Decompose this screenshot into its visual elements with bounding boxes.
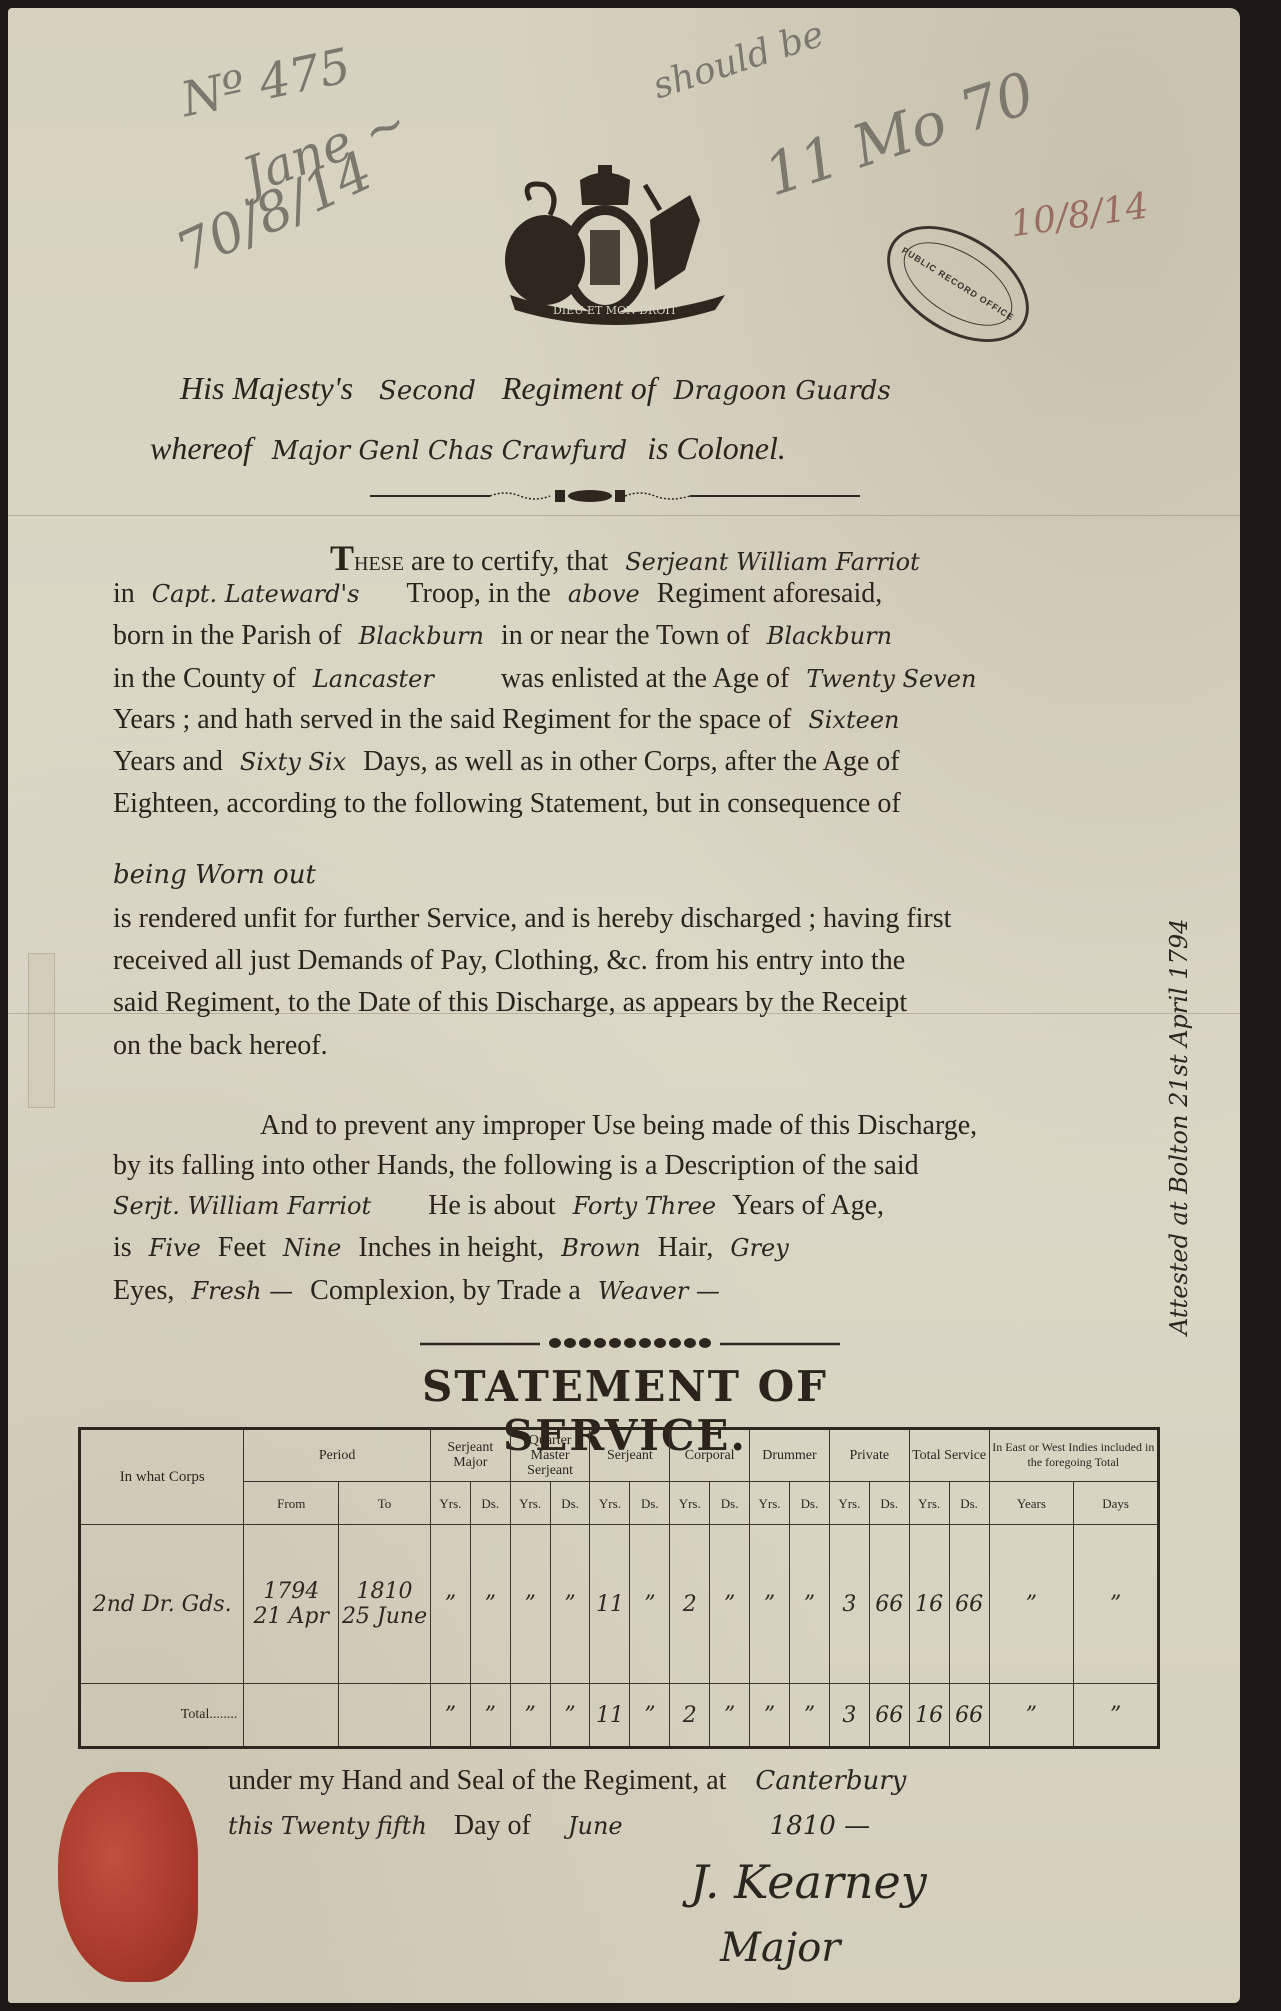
height-feet: Five [149, 1234, 201, 1262]
wax-seal [58, 1772, 198, 1982]
statement-of-service-table: In what Corps Period Serjeant Major Quar… [78, 1427, 1160, 1749]
enlist-age: Twenty Seven [806, 665, 976, 693]
subheader-years: Years [989, 1481, 1074, 1524]
description-line-3: Serjt. William Farriot He is about Forty… [113, 1190, 884, 1222]
signing-month: June [568, 1812, 623, 1840]
cell-dr-yrs: ” [750, 1525, 790, 1684]
cell-sm-yrs: ” [430, 1525, 470, 1684]
officer-signature: J. Kearney [690, 1855, 927, 1909]
subheader-days: Days [1074, 1481, 1159, 1524]
cell-from: 179421 Apr [244, 1525, 339, 1684]
header-corporal: Corporal [670, 1429, 750, 1482]
ornament-divider-icon [370, 488, 860, 504]
description-line-5: Eyes, Fresh — Complexion, by Trade a Wea… [113, 1275, 730, 1307]
town-name: Blackburn [767, 622, 892, 650]
body-line-6: Years and Sixty Six Days, as well as in … [113, 746, 900, 778]
cell-total-label: Total........ [80, 1684, 244, 1748]
cell-sj-yrs: 11 [590, 1525, 630, 1684]
cell-qm-yrs: ” [510, 1525, 550, 1684]
county-name: Lancaster [313, 665, 434, 693]
body-line-2: in Capt. Lateward's Troop, in the above … [113, 578, 882, 610]
total-pv-ds: 66 [869, 1684, 909, 1748]
total-dr-ds: ” [789, 1684, 829, 1748]
total-ind-yrs: ” [989, 1684, 1074, 1748]
header-corps: In what Corps [80, 1429, 244, 1525]
attestation-margin-note: Attested at Bolton 21st April 1794 [1165, 919, 1193, 1335]
total-dr-yrs: ” [750, 1684, 790, 1748]
captain-name: Capt. Lateward's [152, 580, 360, 608]
subheader-yrs: Yrs. [590, 1481, 630, 1524]
cell-pv-yrs: 3 [829, 1525, 869, 1684]
subheader-yrs: Yrs. [909, 1481, 949, 1524]
description-line-1: And to prevent any improper Use being ma… [260, 1110, 977, 1142]
signing-day: this Twenty fifth [228, 1812, 427, 1840]
cell-qm-ds: ” [550, 1525, 590, 1684]
total-sm-yrs: ” [430, 1684, 470, 1748]
cell-cp-yrs: 2 [670, 1525, 710, 1684]
royal-crest-icon: DIEU ET MON DROIT [490, 160, 740, 340]
subheader-ds: Ds. [550, 1481, 590, 1524]
total-qm-yrs: ” [510, 1684, 550, 1748]
subheader-ds: Ds. [470, 1481, 510, 1524]
heading-line-2: whereof Major Genl Chas Crawfurd is Colo… [150, 430, 786, 467]
header-indies: In East or West Indies included in the f… [989, 1429, 1158, 1482]
cell-pv-ds: 66 [869, 1525, 909, 1684]
discharge-reason: being Worn out [113, 860, 316, 890]
regiment-name: Dragoon Guards [674, 376, 891, 406]
cell-to: 181025 June [339, 1525, 431, 1684]
subheader-yrs: Yrs. [829, 1481, 869, 1524]
officer-title: Major [720, 1925, 840, 1971]
subheader-ds: Ds. [630, 1481, 670, 1524]
body-line-9: received all just Demands of Pay, Clothi… [113, 945, 905, 977]
cell-sj-ds: ” [630, 1525, 670, 1684]
cell-cp-ds: ” [710, 1525, 750, 1684]
table-row: 2nd Dr. Gds. 179421 Apr 181025 June ” ” … [80, 1525, 1159, 1684]
subheader-yrs: Yrs. [510, 1481, 550, 1524]
body-line-10: said Regiment, to the Date of this Disch… [113, 987, 907, 1019]
soldier-name: Serjeant William Farriot [625, 548, 920, 576]
trade: Weaver — [598, 1277, 720, 1305]
complexion: Fresh — [191, 1277, 293, 1305]
colonel-name: Major Genl Chas Crawfurd [272, 436, 627, 466]
cell-ind-ds: ” [1074, 1525, 1159, 1684]
header-drummer: Drummer [750, 1429, 830, 1482]
eye-color: Grey [730, 1234, 788, 1262]
description-name: Serjt. William Farriot [113, 1192, 371, 1220]
total-ind-ds: ” [1074, 1684, 1159, 1748]
height-inches: Nine [283, 1234, 341, 1262]
description-line-4: is Five Feet Nine Inches in height, Brow… [113, 1232, 799, 1264]
subheader-from: From [244, 1481, 339, 1524]
hair-color: Brown [561, 1234, 641, 1262]
description-line-2: by its falling into other Hands, the fol… [113, 1150, 919, 1182]
total-cp-ds: ” [710, 1684, 750, 1748]
cell-empty [339, 1684, 431, 1748]
paper-repair-tab [28, 953, 55, 1108]
header-private: Private [829, 1429, 909, 1482]
body-line-4: in the County of Lancaster was enlisted … [113, 663, 986, 695]
svg-text:DIEU ET MON DROIT: DIEU ET MON DROIT [553, 304, 678, 317]
body-line-3: born in the Parish of Blackburn in or ne… [113, 620, 902, 652]
cell-tot-ds: 66 [949, 1525, 989, 1684]
header-period: Period [244, 1429, 431, 1482]
header-serjeant: Serjeant [590, 1429, 670, 1482]
cell-ind-yrs: ” [989, 1525, 1074, 1684]
subheader-to: To [339, 1481, 431, 1524]
header-qm-serjeant: Quarter Master Serjeant [510, 1429, 590, 1482]
body-line-1: These are to certify, that Serjeant Will… [330, 537, 930, 579]
years-served: Sixteen [808, 706, 899, 734]
body-line-11: on the back hereof. [113, 1030, 328, 1062]
subheader-ds: Ds. [710, 1481, 750, 1524]
subheader-yrs: Yrs. [750, 1481, 790, 1524]
total-qm-ds: ” [550, 1684, 590, 1748]
cell-dr-ds: ” [789, 1525, 829, 1684]
total-tot-yrs: 16 [909, 1684, 949, 1748]
subheader-ds: Ds. [949, 1481, 989, 1524]
regiment-ordinal: Second [379, 376, 476, 406]
header-total-service: Total Service [909, 1429, 989, 1482]
cell-sm-ds: ” [470, 1525, 510, 1684]
total-pv-yrs: 3 [829, 1684, 869, 1748]
total-sj-yrs: 11 [590, 1684, 630, 1748]
signing-place: Canterbury [755, 1766, 906, 1796]
total-sm-ds: ” [470, 1684, 510, 1748]
signing-year: 1810 — [770, 1811, 870, 1841]
parish-name: Blackburn [359, 622, 484, 650]
subheader-ds: Ds. [869, 1481, 909, 1524]
cell-empty [244, 1684, 339, 1748]
total-tot-ds: 66 [949, 1684, 989, 1748]
header-serjeant-major: Serjeant Major [430, 1429, 510, 1482]
cell-corps: 2nd Dr. Gds. [80, 1525, 244, 1684]
subheader-ds: Ds. [789, 1481, 829, 1524]
ornament-rope-divider-icon [420, 1336, 840, 1350]
body-line-7: Eighteen, according to the following Sta… [113, 788, 901, 820]
fold-line [8, 515, 1240, 516]
closing-line-1: under my Hand and Seal of the Regiment, … [228, 1765, 906, 1797]
days-served: Sixty Six [240, 748, 346, 776]
heading-line-1: His Majesty's Second Regiment of Dragoon… [180, 370, 891, 407]
soldier-age: Forty Three [573, 1192, 716, 1220]
total-sj-ds: ” [630, 1684, 670, 1748]
table-total-row: Total........ ” ” ” ” 11 ” 2 ” ” ” 3 66 … [80, 1684, 1159, 1748]
body-line-5: Years ; and hath served in the said Regi… [113, 704, 909, 736]
closing-line-2: this Twenty fifth Day of June 1810 — [228, 1810, 870, 1842]
total-cp-yrs: 2 [670, 1684, 710, 1748]
subheader-yrs: Yrs. [430, 1481, 470, 1524]
table-header-row: In what Corps Period Serjeant Major Quar… [80, 1429, 1159, 1482]
subheader-yrs: Yrs. [670, 1481, 710, 1524]
cell-tot-yrs: 16 [909, 1525, 949, 1684]
body-line-8: is rendered unfit for further Service, a… [113, 903, 951, 935]
